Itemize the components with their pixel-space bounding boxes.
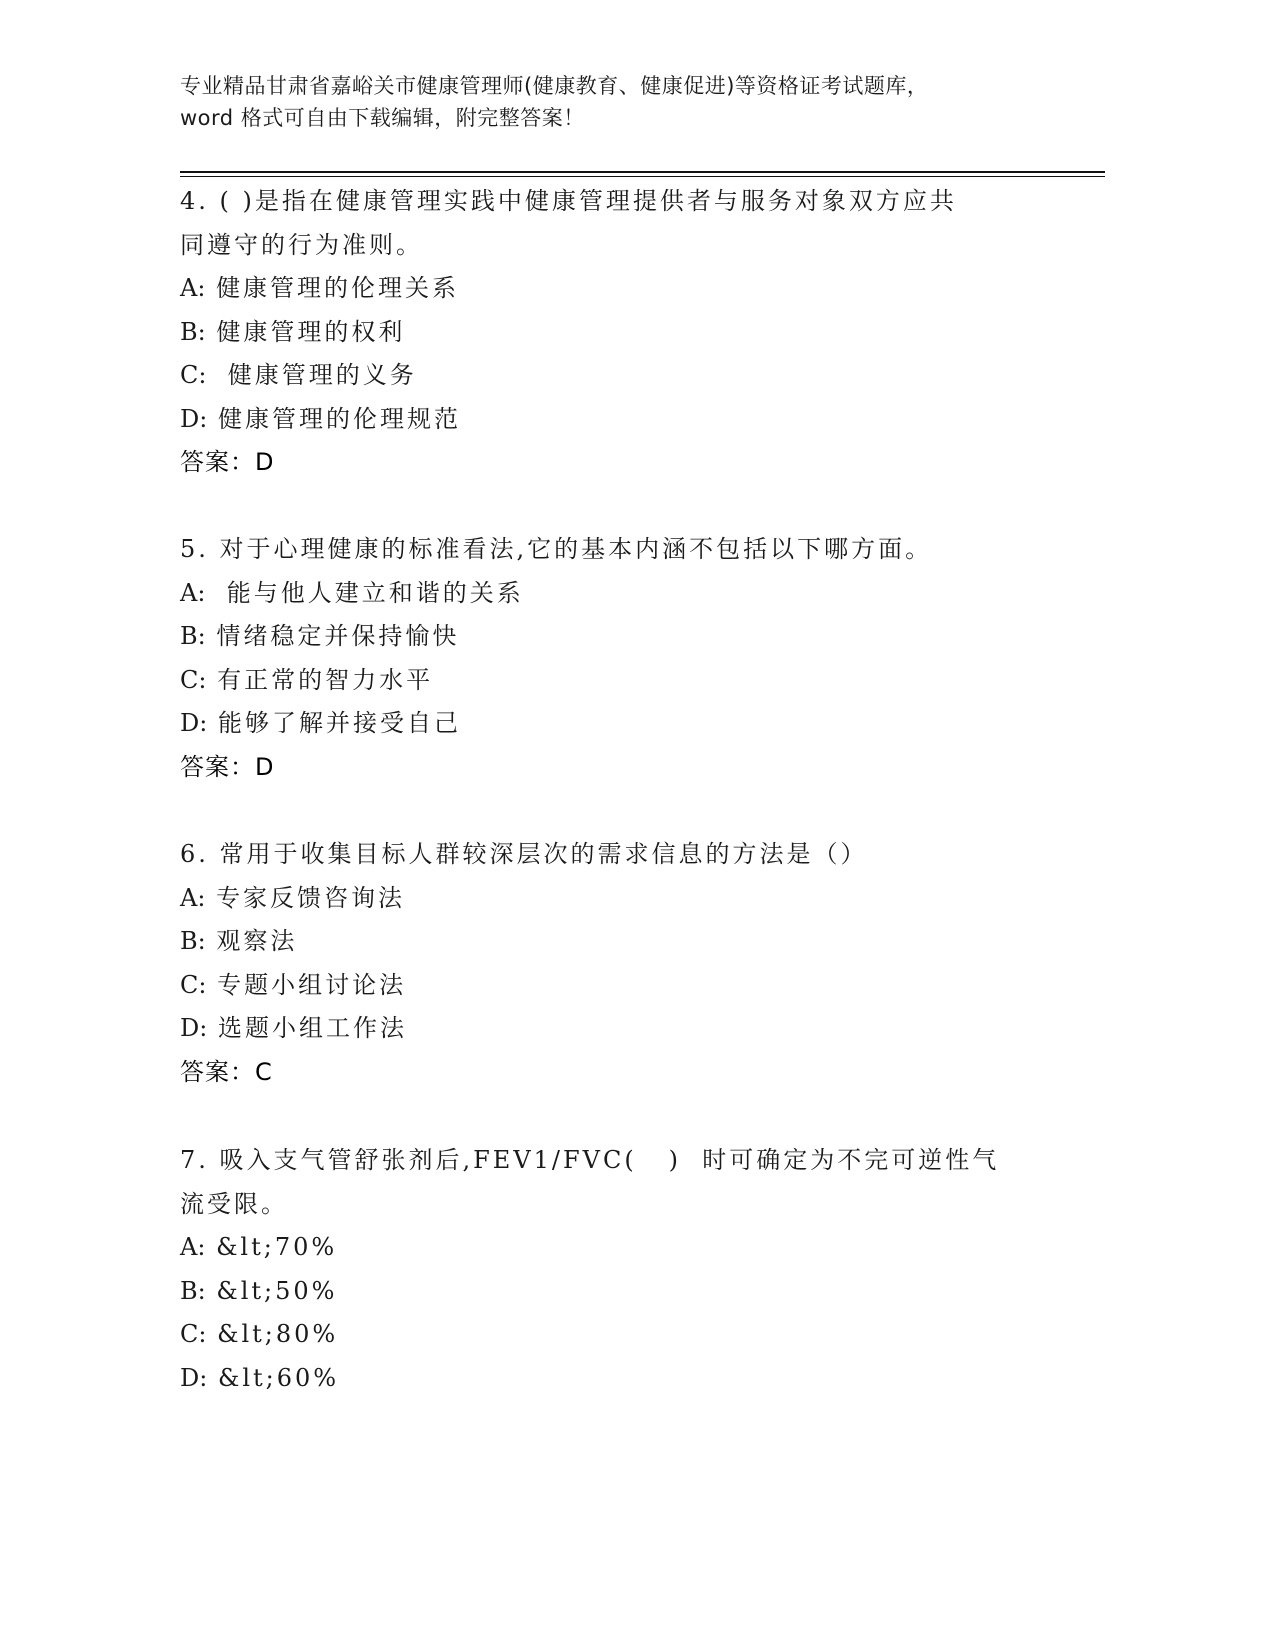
document-page: 专业精品甘肃省嘉峪关市健康管理师(健康教育、健康促进)等资格证考试题库， wor… bbox=[0, 0, 1275, 1650]
question-4: 4. ( )是指在健康管理实践中健康管理提供者与服务对象双方应共 同遵守的行为准… bbox=[180, 180, 1040, 485]
question-6: 6. 常用于收集目标人群较深层次的需求信息的方法是（） A: 专家反馈咨询法 B… bbox=[180, 833, 1040, 1094]
option-b: B: 健康管理的权利 bbox=[180, 311, 1040, 355]
option-a: A: &lt;70% bbox=[180, 1226, 1040, 1270]
option-a: A: 能与他人建立和谐的关系 bbox=[180, 572, 1040, 616]
option-d: D: 选题小组工作法 bbox=[180, 1007, 1040, 1051]
header-line-1: 专业精品甘肃省嘉峪关市健康管理师(健康教育、健康促进)等资格证考试题库， bbox=[180, 70, 1110, 102]
answer: 答案：D bbox=[180, 746, 1040, 790]
question-stem-line: 4. ( )是指在健康管理实践中健康管理提供者与服务对象双方应共 bbox=[180, 180, 1040, 224]
option-b: B: 情绪稳定并保持愉快 bbox=[180, 615, 1040, 659]
option-c: C: &lt;80% bbox=[180, 1313, 1040, 1357]
option-d: D: 能够了解并接受自己 bbox=[180, 702, 1040, 746]
option-c: C: 健康管理的义务 bbox=[180, 354, 1040, 398]
option-c: C: 有正常的智力水平 bbox=[180, 659, 1040, 703]
document-header: 专业精品甘肃省嘉峪关市健康管理师(健康教育、健康促进)等资格证考试题库， wor… bbox=[180, 70, 1110, 134]
option-b: B: &lt;50% bbox=[180, 1270, 1040, 1314]
question-stem-line: 流受限。 bbox=[180, 1183, 1040, 1227]
answer: 答案：D bbox=[180, 441, 1040, 485]
header-line-2: word 格式可自由下载编辑，附完整答案！ bbox=[180, 102, 1110, 134]
option-a: A: 专家反馈咨询法 bbox=[180, 877, 1040, 921]
question-stem-line: 6. 常用于收集目标人群较深层次的需求信息的方法是（） bbox=[180, 833, 1040, 877]
option-b: B: 观察法 bbox=[180, 920, 1040, 964]
question-stem-line: 7. 吸入支气管舒张剂后,FEV1/FVC( ) 时可确定为不完可逆性气 bbox=[180, 1139, 1040, 1183]
question-stem-line: 5. 对于心理健康的标准看法,它的基本内涵不包括以下哪方面。 bbox=[180, 528, 1040, 572]
option-d: D: 健康管理的伦理规范 bbox=[180, 398, 1040, 442]
option-d: D: &lt;60% bbox=[180, 1357, 1040, 1401]
answer: 答案：C bbox=[180, 1051, 1040, 1095]
header-double-rule bbox=[180, 171, 1105, 177]
question-stem-line: 同遵守的行为准则。 bbox=[180, 224, 1040, 268]
option-c: C: 专题小组讨论法 bbox=[180, 964, 1040, 1008]
question-7: 7. 吸入支气管舒张剂后,FEV1/FVC( ) 时可确定为不完可逆性气 流受限… bbox=[180, 1139, 1040, 1400]
question-5: 5. 对于心理健康的标准看法,它的基本内涵不包括以下哪方面。 A: 能与他人建立… bbox=[180, 528, 1040, 789]
option-a: A: 健康管理的伦理关系 bbox=[180, 267, 1040, 311]
